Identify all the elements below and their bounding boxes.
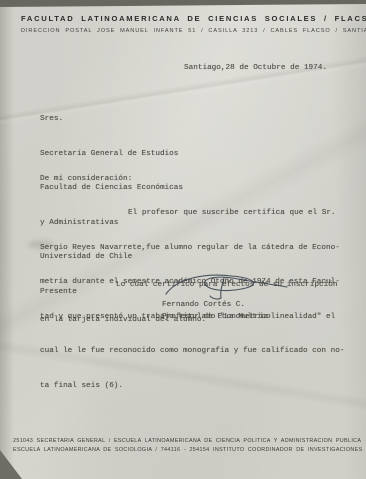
body-line: Sergio Reyes Navarrete,fue alumno regula…: [40, 243, 344, 255]
date-line: Santiago,28 de Octubre de 1974.: [184, 63, 327, 75]
footer-line: ESCUELA LATINOAMERICANA DE SOCIOLOGIA / …: [13, 447, 366, 453]
letterhead-organization: FACULTAD LATINOAMERICANA DE CIENCIAS SOC…: [21, 14, 366, 23]
letterhead-address: DIRECCION POSTAL JOSE MANUEL INFANTE 51 …: [21, 28, 366, 34]
body-line: ta final seis (6).: [40, 381, 344, 393]
signer-name: Fernando Cortés C.: [162, 300, 245, 312]
salutation: De mi consideración:: [40, 174, 132, 186]
handwritten-signature-icon: [158, 270, 293, 304]
footer-line: 251043 SECRETARIA GENERAL / ESCUELA LATI…: [13, 438, 361, 444]
signer-title: Profesor de Econometría: [162, 312, 268, 324]
recipient-line: Sres.: [40, 114, 183, 126]
letter-paper: FACULTAD LATINOAMERICANA DE CIENCIAS SOC…: [0, 0, 366, 479]
scanned-letter-photo: FACULTAD LATINOAMERICANA DE CIENCIAS SOC…: [0, 0, 366, 479]
recipient-line: Secretaría General de Estudios: [40, 149, 183, 161]
body-line: El profesor que suscribe certifica que e…: [40, 208, 344, 220]
